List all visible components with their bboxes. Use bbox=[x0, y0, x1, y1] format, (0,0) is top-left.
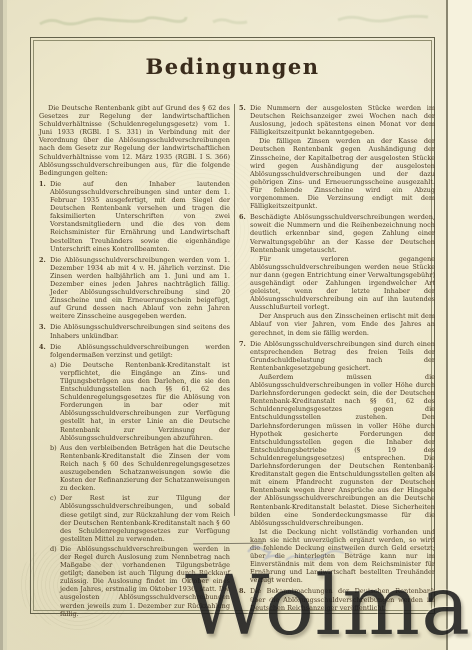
terms-intro: Die Deutsche Rentenbank gibt auf Grund d… bbox=[39, 104, 230, 177]
item-text: Die Ablösungsschuldverschreibungen werde… bbox=[50, 256, 230, 321]
term-item-1: 1. Die auf den Inhaber lautenden Ablösun… bbox=[39, 180, 230, 253]
item-text: Die fälligen Zinsen werden an der Kasse … bbox=[250, 137, 435, 210]
sub-item-b: b) Aus den verbleibenden Beträgen hat di… bbox=[50, 444, 230, 493]
item-number: 5. bbox=[239, 104, 246, 112]
sub-item-c: c) Der Rest ist zur Tilgung der Ablösung… bbox=[50, 494, 230, 543]
item-number: 7. bbox=[239, 340, 246, 348]
item-text: Die Ablösungsschuldverschreibungen sind … bbox=[50, 323, 230, 339]
item-text: Beschädigte Ablösungsschuldverschreibung… bbox=[250, 213, 435, 253]
item-number: 2. bbox=[39, 256, 46, 264]
item-number: 3. bbox=[39, 323, 46, 331]
sub-item-a: a) Die Deutsche Rentenbank-Kreditanstalt… bbox=[50, 361, 230, 442]
sub-item-marker: a) bbox=[50, 361, 56, 369]
item-text: Die auf den Inhaber lautenden Ablösungss… bbox=[50, 180, 230, 253]
item-text: Für verloren gegangene Ablösungsschuldve… bbox=[250, 255, 435, 312]
item-text: Der Anspruch aus den Zinsscheinen erlisc… bbox=[250, 312, 435, 336]
watermark-overprint-text: Wolmar bbox=[185, 566, 472, 648]
sub-item-marker: d) bbox=[50, 545, 57, 553]
item-text: Außerdem müssen die Ablösungsschuldversc… bbox=[250, 373, 435, 527]
sub-item-text: Aus den verbleibenden Beträgen hat die D… bbox=[60, 444, 230, 493]
term-item-2: 2. Die Ablösungsschuldverschreibungen we… bbox=[39, 256, 230, 321]
sub-item-text: Der Rest ist zur Tilgung der Ablösungssc… bbox=[60, 494, 230, 543]
sub-item-marker: b) bbox=[50, 444, 57, 452]
item-number: 1. bbox=[39, 180, 46, 188]
term-item-5: 5. Die Nummern der ausgelosten Stücke we… bbox=[239, 104, 435, 210]
term-item-3: 3. Die Ablösungsschuldverschreibungen si… bbox=[39, 323, 230, 339]
column-divider-rule bbox=[234, 104, 235, 516]
sub-item-text: Die Deutsche Rentenbank-Kreditanstalt is… bbox=[60, 361, 230, 442]
item-text: Die Nummern der ausgelosten Stücke werde… bbox=[250, 104, 435, 136]
sub-item-marker: c) bbox=[50, 494, 56, 502]
page-title: Bedingungen bbox=[30, 54, 435, 79]
item-text: Die Ablösungsschuldverschreibungen sind … bbox=[250, 340, 435, 372]
item-number: 4. bbox=[39, 343, 46, 351]
term-item-6: 6. Beschädigte Ablösungsschuldverschreib… bbox=[239, 213, 435, 336]
item-number: 6. bbox=[239, 213, 246, 221]
show-through-marks bbox=[38, 10, 438, 34]
item-text: Die Ablösungsschuldverschreibungen werde… bbox=[50, 343, 230, 359]
